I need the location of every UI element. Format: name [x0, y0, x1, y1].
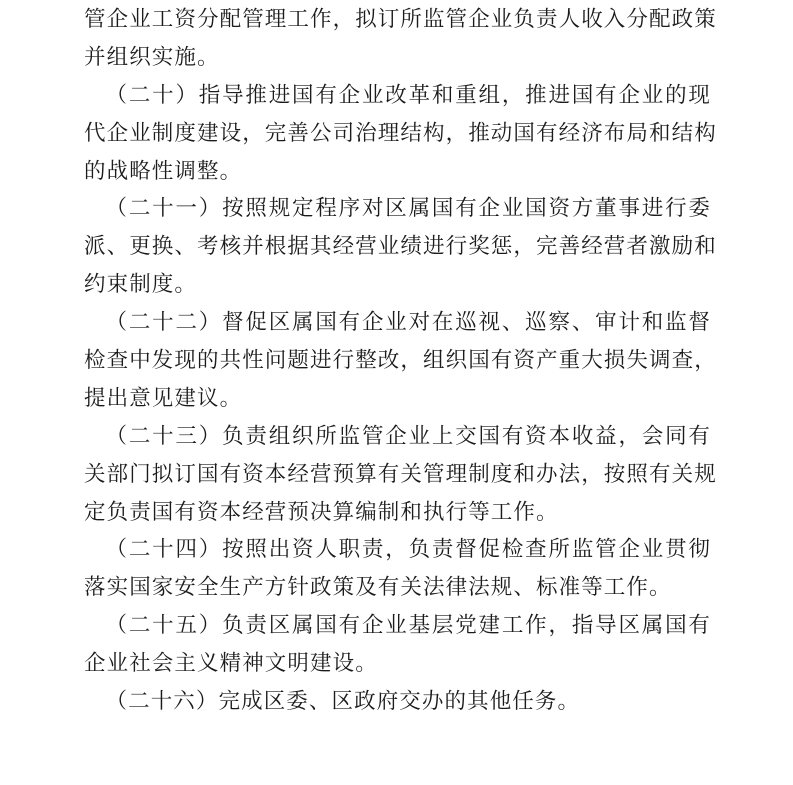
text-line: 落实国家安全生产方针政策及有关法律法规、标准等工作。: [84, 569, 711, 607]
text-line: （二十一）按照规定程序对区属国有企业国资方董事进行委: [84, 190, 711, 228]
paragraph-item-24: （二十四）按照出资人职责，负责督促检查所监管企业贯彻落实国家安全生产方针政策及有…: [84, 531, 711, 607]
text-line: （二十五）负责区属国有企业基层党建工作，指导区属国有: [84, 607, 711, 645]
document-text-block: 管企业工资分配管理工作，拟订所监管企业负责人收入分配政策并组织实施。（二十）指导…: [84, 1, 711, 721]
paragraph-continuation: 管企业工资分配管理工作，拟订所监管企业负责人收入分配政策并组织实施。: [84, 1, 711, 77]
document-page: 管企业工资分配管理工作，拟订所监管企业负责人收入分配政策并组织实施。（二十）指导…: [0, 0, 793, 785]
text-line: 管企业工资分配管理工作，拟订所监管企业负责人收入分配政策: [84, 1, 711, 39]
text-line: 约束制度。: [84, 266, 711, 304]
text-line: 的战略性调整。: [84, 153, 711, 191]
text-line: 派、更换、考核并根据其经营业绩进行奖惩，完善经营者激励和: [84, 228, 711, 266]
paragraph-item-25: （二十五）负责区属国有企业基层党建工作，指导区属国有企业社会主义精神文明建设。: [84, 607, 711, 683]
paragraph-item-21: （二十一）按照规定程序对区属国有企业国资方董事进行委派、更换、考核并根据其经营业…: [84, 190, 711, 304]
text-line: 定负责国有资本经营预决算编制和执行等工作。: [84, 494, 711, 532]
text-line: （二十三）负责组织所监管企业上交国有资本收益，会同有: [84, 418, 711, 456]
paragraph-item-26: （二十六）完成区委、区政府交办的其他任务。: [84, 683, 711, 721]
text-line: 提出意见建议。: [84, 380, 711, 418]
text-line: 代企业制度建设，完善公司治理结构，推动国有经济布局和结构: [84, 115, 711, 153]
text-line: 企业社会主义精神文明建设。: [84, 645, 711, 683]
text-line: 并组织实施。: [84, 39, 711, 77]
text-line: 检查中发现的共性问题进行整改，组织国有资产重大损失调查，: [84, 342, 711, 380]
text-line: （二十）指导推进国有企业改革和重组，推进国有企业的现: [84, 77, 711, 115]
text-line: （二十四）按照出资人职责，负责督促检查所监管企业贯彻: [84, 531, 711, 569]
text-line: （二十二）督促区属国有企业对在巡视、巡察、审计和监督: [84, 304, 711, 342]
text-line: 关部门拟订国有资本经营预算有关管理制度和办法，按照有关规: [84, 456, 711, 494]
text-line: （二十六）完成区委、区政府交办的其他任务。: [84, 683, 711, 721]
paragraph-item-23: （二十三）负责组织所监管企业上交国有资本收益，会同有关部门拟订国有资本经营预算有…: [84, 418, 711, 532]
paragraph-item-20: （二十）指导推进国有企业改革和重组，推进国有企业的现代企业制度建设，完善公司治理…: [84, 77, 711, 191]
paragraph-item-22: （二十二）督促区属国有企业对在巡视、巡察、审计和监督检查中发现的共性问题进行整改…: [84, 304, 711, 418]
